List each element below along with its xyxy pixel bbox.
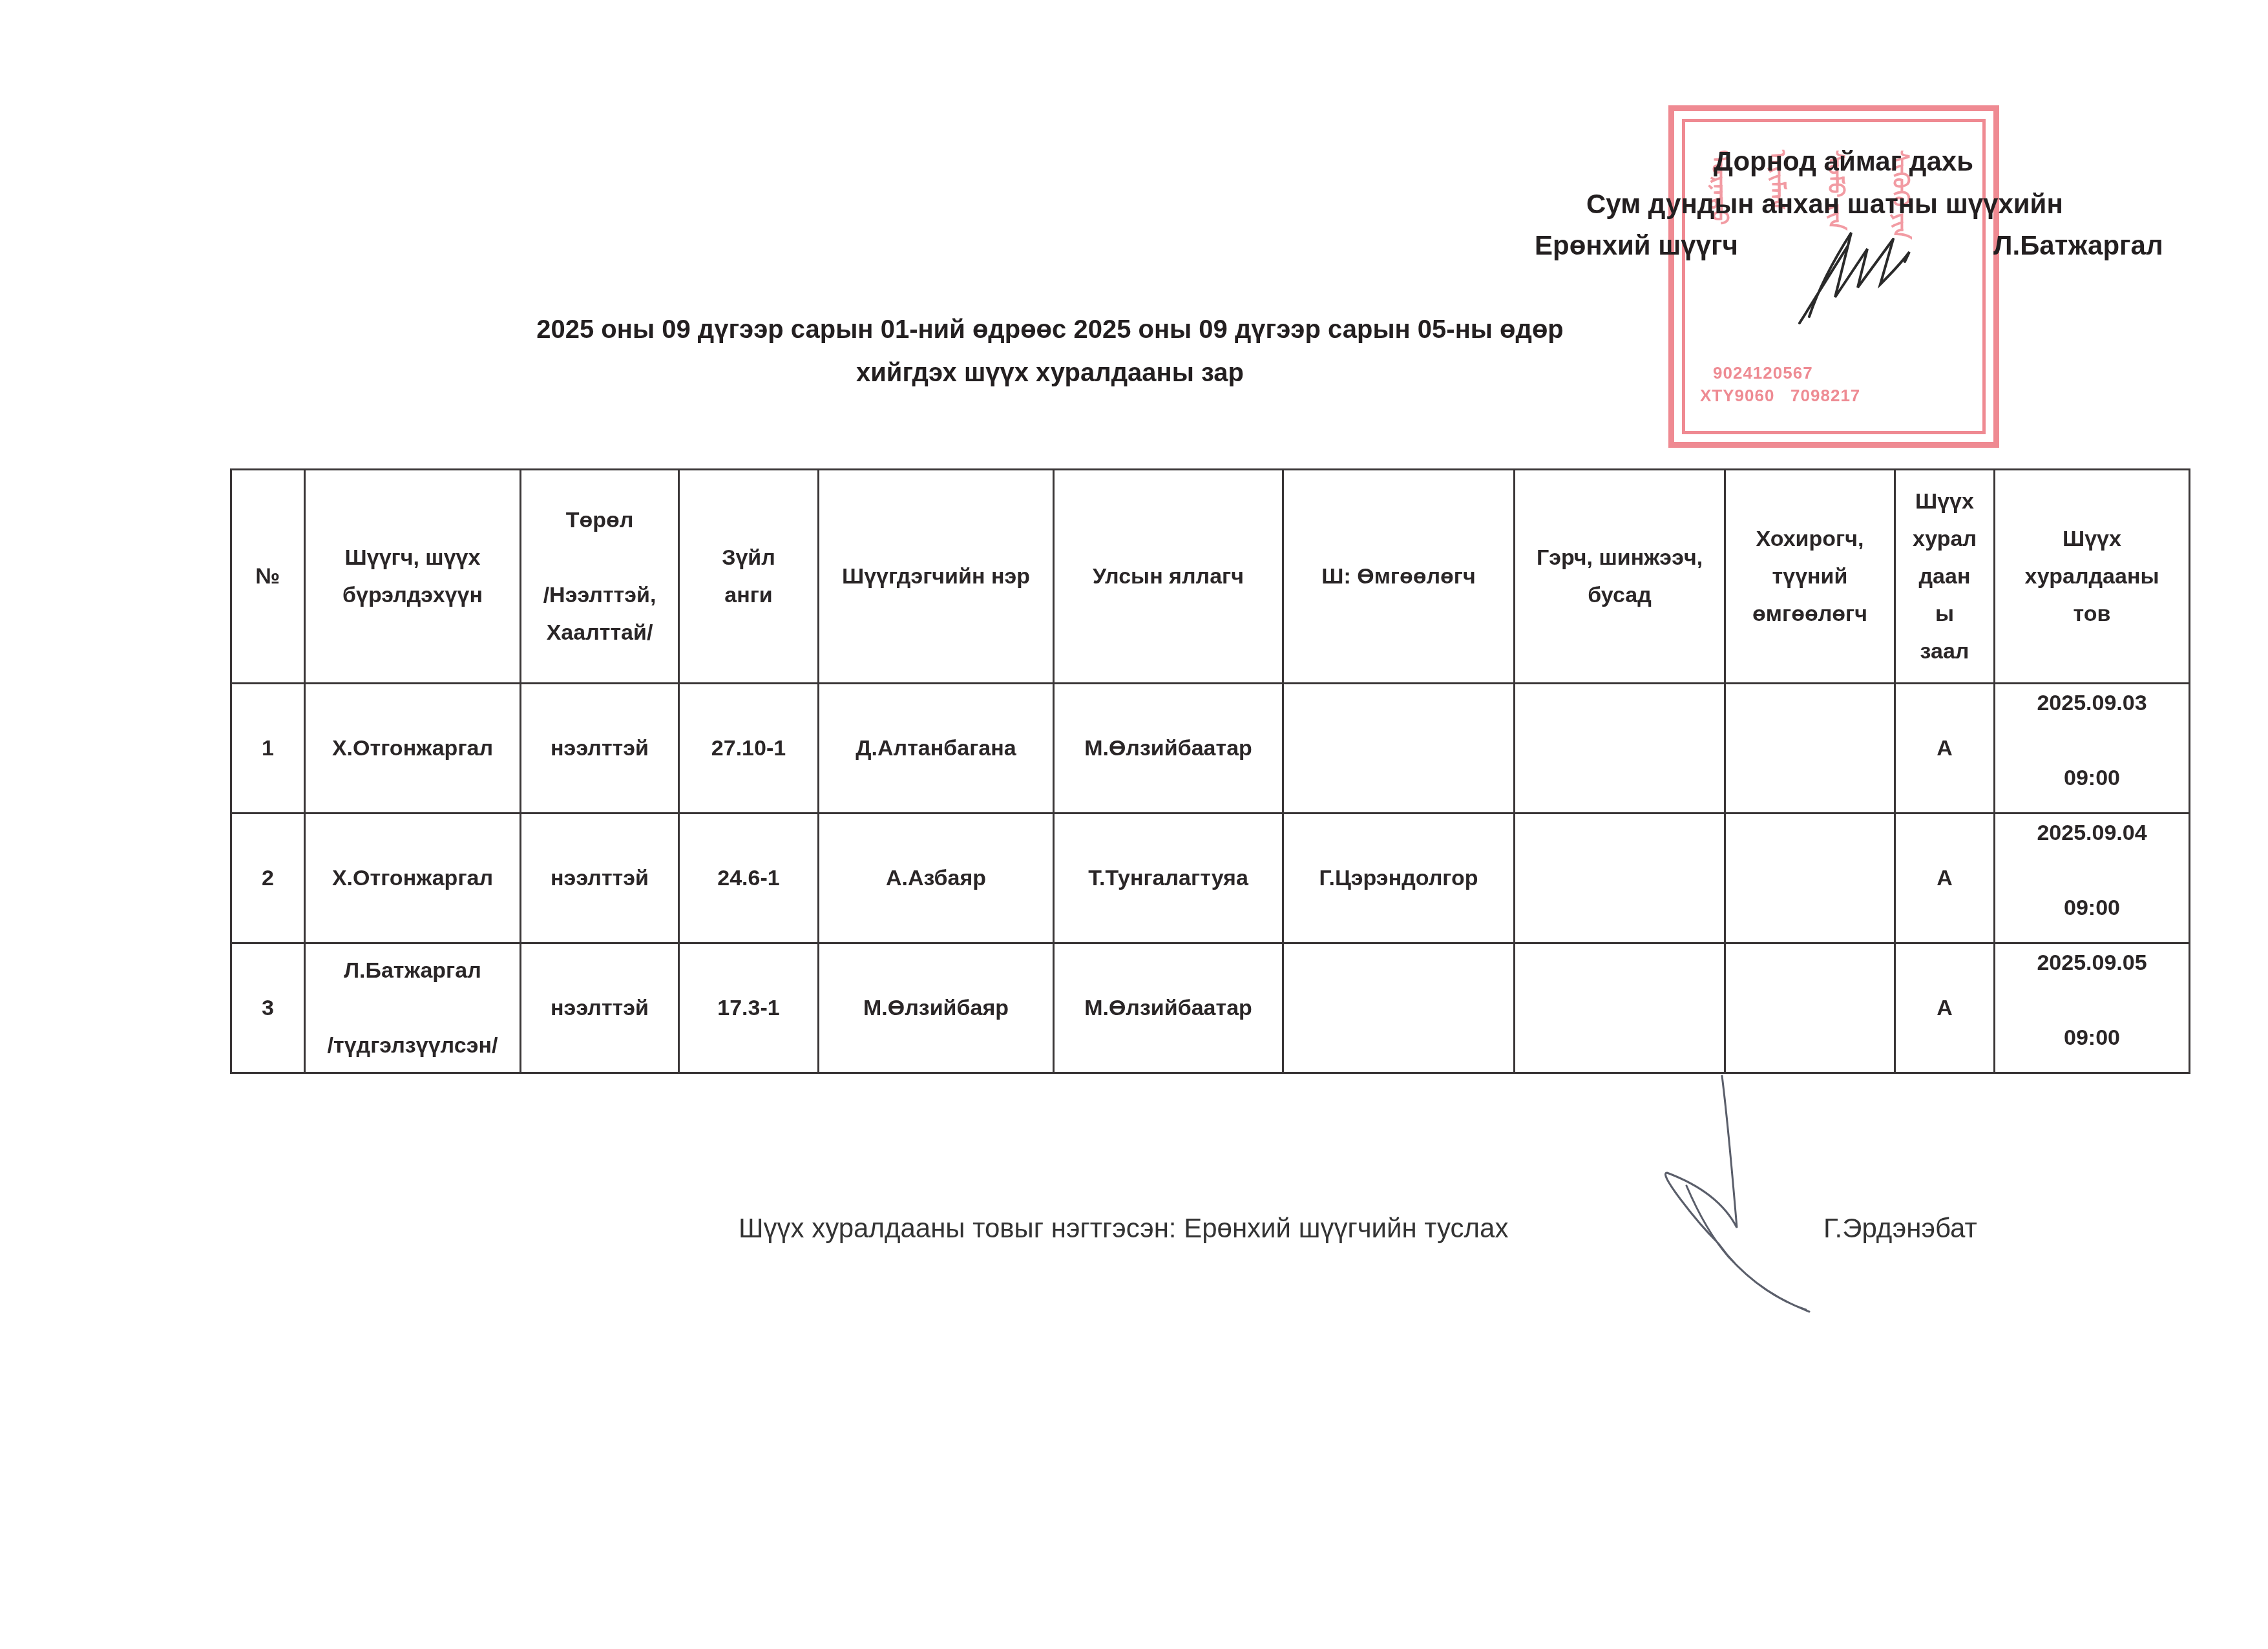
cell-text: Г.Цэрэндолгор bbox=[1289, 859, 1508, 897]
header-col-date: Шүүххуралдаанытов bbox=[1995, 470, 2190, 684]
header-text: заал bbox=[1901, 633, 1988, 670]
table-row: 1Х.Отгонжаргалнээлттэй27.10-1Д.Алтанбага… bbox=[231, 684, 2190, 814]
header-text: Улсын яллагч bbox=[1060, 558, 1277, 595]
cell-prosecutor: Т.Тунгалагтуяа bbox=[1054, 814, 1283, 943]
cell-text: 1 bbox=[237, 730, 299, 767]
cell-text: М.Өлзийбаатар bbox=[1060, 730, 1277, 767]
header-text: Төрөл bbox=[527, 501, 673, 539]
cell-defendant: Д.Алтанбагана bbox=[819, 684, 1054, 814]
assistant-name: Г.Эрдэнэбат bbox=[1823, 1213, 1977, 1244]
cell-type: нээлттэй bbox=[521, 684, 679, 814]
header-text: Шүүгдэгчийн нэр bbox=[824, 558, 1047, 595]
header-text: Шүүх bbox=[1901, 483, 1988, 520]
document-title-line2: хийгдэх шүүх хуралдааны зар bbox=[0, 359, 2184, 388]
table-header-row: №Шүүгч, шүүхбүрэлдэхүүнТөрөл /Нээлттэй,Х… bbox=[231, 470, 2190, 684]
hearing-time: 09:00 bbox=[2000, 889, 2183, 927]
cell-no: 3 bbox=[231, 943, 305, 1073]
cell-type: нээлттэй bbox=[521, 814, 679, 943]
cell-text: М.Өлзийбаяр bbox=[824, 989, 1047, 1027]
hearing-time: 09:00 bbox=[2000, 1019, 2183, 1056]
cell-victim bbox=[1725, 814, 1895, 943]
cell-victim bbox=[1725, 943, 1895, 1073]
cell-datetime: 2025.09.05 09:00 bbox=[1995, 943, 2190, 1073]
court-location: Дорнод аймаг дахь bbox=[1714, 146, 1973, 177]
header-col-witness: Гэрч, шинжээч,бусад bbox=[1515, 470, 1725, 684]
header-col-no: № bbox=[231, 470, 305, 684]
header-text bbox=[527, 539, 673, 576]
spacer bbox=[311, 989, 514, 1027]
court-name: Сум дундын анхан шатны шүүхийн bbox=[1586, 189, 2063, 220]
header-text: хурал bbox=[1901, 520, 1988, 558]
cell-text: А.Азбаяр bbox=[824, 859, 1047, 897]
cell-defendant: М.Өлзийбаяр bbox=[819, 943, 1054, 1073]
cell-type: нээлттэй bbox=[521, 943, 679, 1073]
header-text: бүрэлдэхүүн bbox=[311, 576, 514, 614]
cell-hall: А bbox=[1895, 943, 1995, 1073]
judge-position: Ерөнхий шүүгч bbox=[1535, 230, 1738, 261]
judge-name: Л.Батжаргал bbox=[311, 952, 514, 989]
stamp-number-2: XTY9060 7098217 bbox=[1700, 386, 1860, 406]
cell-text: А bbox=[1901, 859, 1988, 897]
header-text: анги bbox=[685, 576, 812, 614]
cell-defense: Г.Цэрэндолгор bbox=[1283, 814, 1515, 943]
cell-no: 1 bbox=[231, 684, 305, 814]
header-text: хуралдааны bbox=[2000, 558, 2183, 595]
header-text: Хаалттай/ bbox=[527, 614, 673, 651]
cell-article: 27.10-1 bbox=[679, 684, 819, 814]
header-text: Шүүгч, шүүх bbox=[311, 539, 514, 576]
header-text: ы bbox=[1901, 595, 1988, 633]
header-text: № bbox=[237, 558, 299, 595]
compiled-by-label: Шүүх хуралдааны товыг нэгтгэсэн: Ерөнхий… bbox=[739, 1213, 1508, 1244]
hearing-time: 09:00 bbox=[2000, 759, 2183, 797]
cell-judge: Х.Отгонжаргал bbox=[305, 684, 521, 814]
cell-text: 27.10-1 bbox=[685, 730, 812, 767]
hearing-date: 2025.09.04 bbox=[2000, 814, 2183, 852]
header-col-prosecutor: Улсын яллагч bbox=[1054, 470, 1283, 684]
cell-prosecutor: М.Өлзийбаатар bbox=[1054, 943, 1283, 1073]
cell-hall: А bbox=[1895, 814, 1995, 943]
cell-text: А bbox=[1901, 730, 1988, 767]
judge-name: /түдгэлзүүлсэн/ bbox=[311, 1027, 514, 1064]
cell-text: Д.Алтанбагана bbox=[824, 730, 1047, 767]
cell-defense bbox=[1283, 943, 1515, 1073]
header-text: Ш: Өмгөөлөгч bbox=[1289, 558, 1508, 595]
header-text: бусад bbox=[1520, 576, 1719, 614]
cell-datetime: 2025.09.04 09:00 bbox=[1995, 814, 2190, 943]
table-row: 3Л.Батжаргал /түдгэлзүүлсэн/нээлттэй17.3… bbox=[231, 943, 2190, 1073]
cell-witness bbox=[1515, 684, 1725, 814]
header-col-defendant: Шүүгдэгчийн нэр bbox=[819, 470, 1054, 684]
header-text: өмгөөлөгч bbox=[1731, 595, 1889, 633]
spacer bbox=[2000, 982, 2183, 1019]
header-text: түүний bbox=[1731, 558, 1889, 595]
hearing-date: 2025.09.03 bbox=[2000, 684, 2183, 722]
judge-name: Х.Отгонжаргал bbox=[311, 859, 514, 897]
hearing-date: 2025.09.05 bbox=[2000, 944, 2183, 982]
cell-hall: А bbox=[1895, 684, 1995, 814]
cell-judge: Л.Батжаргал /түдгэлзүүлсэн/ bbox=[305, 943, 521, 1073]
cell-text: нээлттэй bbox=[527, 989, 673, 1027]
header-text: Гэрч, шинжээч, bbox=[1520, 539, 1719, 576]
header-text: Хохирогч, bbox=[1731, 520, 1889, 558]
cell-victim bbox=[1725, 684, 1895, 814]
cell-witness bbox=[1515, 943, 1725, 1073]
cell-no: 2 bbox=[231, 814, 305, 943]
document-title-line1: 2025 оны 09 дүгээр сарын 01-ний өдрөөс 2… bbox=[0, 315, 2184, 344]
cell-text: 17.3-1 bbox=[685, 989, 812, 1027]
cell-defendant: А.Азбаяр bbox=[819, 814, 1054, 943]
hearing-schedule-table: №Шүүгч, шүүхбүрэлдэхүүнТөрөл /Нээлттэй,Х… bbox=[230, 468, 2190, 1074]
header-text: тов bbox=[2000, 595, 2183, 633]
cell-datetime: 2025.09.03 09:00 bbox=[1995, 684, 2190, 814]
header-col-victim: Хохирогч,түүнийөмгөөлөгч bbox=[1725, 470, 1895, 684]
cell-defense bbox=[1283, 684, 1515, 814]
header-text: Зүйл bbox=[685, 539, 812, 576]
header-col-type: Төрөл /Нээлттэй,Хаалттай/ bbox=[521, 470, 679, 684]
cell-text: нээлттэй bbox=[527, 859, 673, 897]
header-col-article: Зүйланги bbox=[679, 470, 819, 684]
cell-prosecutor: М.Өлзийбаатар bbox=[1054, 684, 1283, 814]
chief-judge-name: Л.Батжаргал bbox=[1993, 230, 2163, 261]
cell-article: 17.3-1 bbox=[679, 943, 819, 1073]
spacer bbox=[2000, 722, 2183, 759]
cell-text: 24.6-1 bbox=[685, 859, 812, 897]
spacer bbox=[2000, 852, 2183, 889]
header-col-defense: Ш: Өмгөөлөгч bbox=[1283, 470, 1515, 684]
assistant-signature bbox=[1661, 1076, 1829, 1321]
cell-text: Т.Тунгалагтуяа bbox=[1060, 859, 1277, 897]
judge-name: Х.Отгонжаргал bbox=[311, 730, 514, 767]
cell-text: 2 bbox=[237, 859, 299, 897]
cell-text: 3 bbox=[237, 989, 299, 1027]
cell-judge: Х.Отгонжаргал bbox=[305, 814, 521, 943]
cell-text: М.Өлзийбаатар bbox=[1060, 989, 1277, 1027]
header-text: даан bbox=[1901, 558, 1988, 595]
header-text: /Нээлттэй, bbox=[527, 576, 673, 614]
header-text: Шүүх bbox=[2000, 520, 2183, 558]
cell-article: 24.6-1 bbox=[679, 814, 819, 943]
cell-witness bbox=[1515, 814, 1725, 943]
cell-text: А bbox=[1901, 989, 1988, 1027]
table-row: 2Х.Отгонжаргалнээлттэй24.6-1А.АзбаярТ.Ту… bbox=[231, 814, 2190, 943]
header-col-judge: Шүүгч, шүүхбүрэлдэхүүн bbox=[305, 470, 521, 684]
cell-text: нээлттэй bbox=[527, 730, 673, 767]
chief-judge-signature bbox=[1796, 220, 1958, 330]
header-col-hall: Шүүххуралдаанызаал bbox=[1895, 470, 1995, 684]
